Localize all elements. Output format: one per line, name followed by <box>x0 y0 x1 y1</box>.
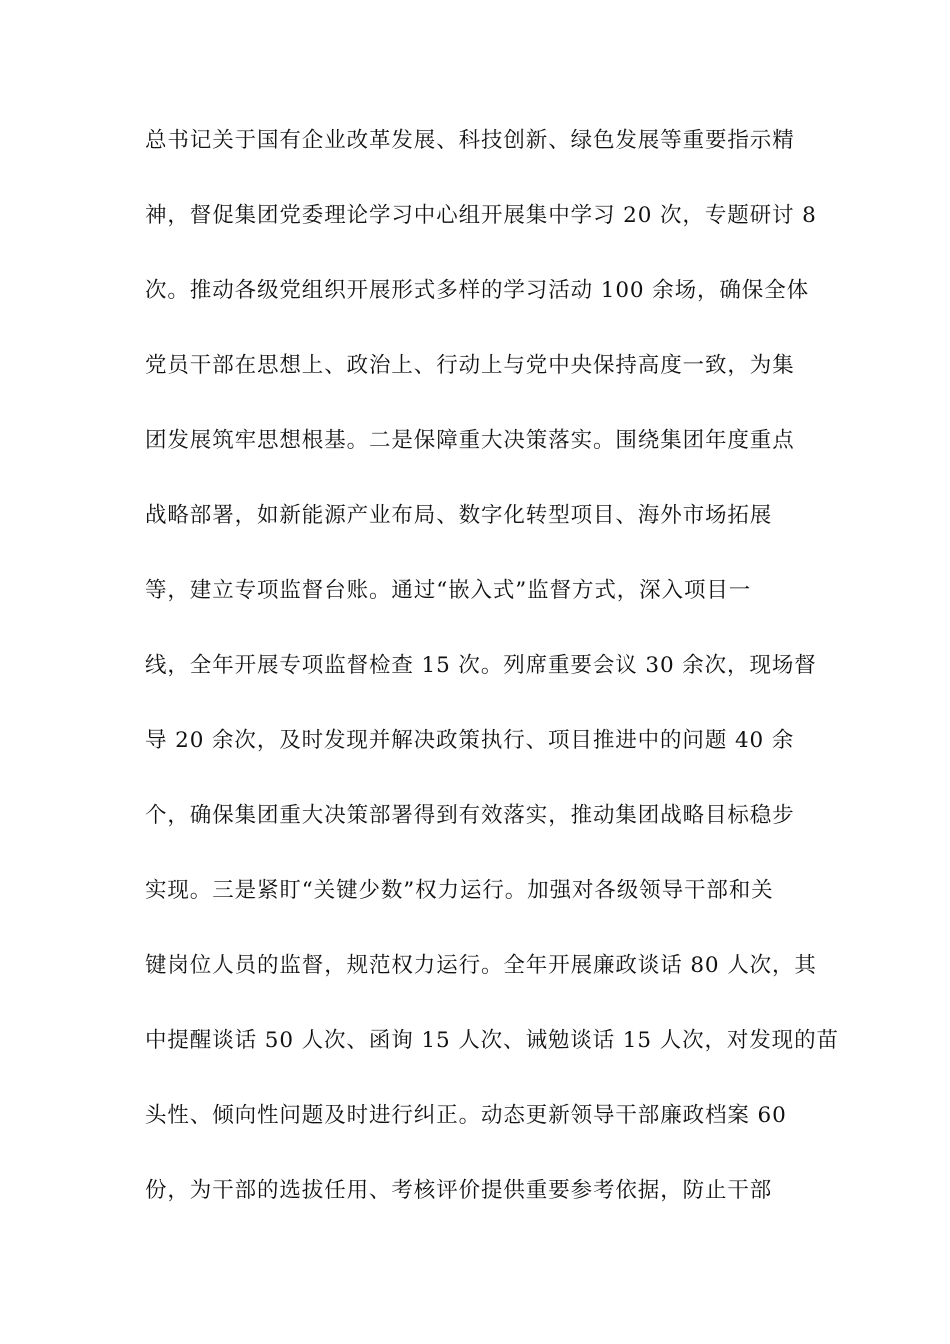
text-line: 战略部署，如新能源产业布局、数字化转型项目、海外市场拓展 <box>145 491 815 566</box>
body-paragraph: 总书记关于国有企业改革发展、科技创新、绿色发展等重要指示精 神，督促集团党委理论… <box>145 116 815 1241</box>
text-line: 导 20 余次，及时发现并解决政策执行、项目推进中的问题 40 余 <box>145 716 815 791</box>
text-line: 党员干部在思想上、政治上、行动上与党中央保持高度一致，为集 <box>145 341 815 416</box>
text-line: 个，确保集团重大决策部署得到有效落实，推动集团战略目标稳步 <box>145 791 815 866</box>
text-line: 等，建立专项监督台账。通过“嵌入式”监督方式，深入项目一 <box>145 566 815 641</box>
text-line: 键岗位人员的监督，规范权力运行。全年开展廉政谈话 80 人次，其 <box>145 941 815 1016</box>
text-line: 团发展筑牢思想根基。二是保障重大决策落实。围绕集团年度重点 <box>145 416 815 491</box>
text-line: 实现。三是紧盯“关键少数”权力运行。加强对各级领导干部和关 <box>145 866 815 941</box>
text-line: 头性、倾向性问题及时进行纠正。动态更新领导干部廉政档案 60 <box>145 1091 815 1166</box>
text-line: 中提醒谈话 50 人次、函询 15 人次、诫勉谈话 15 人次，对发现的苗 <box>145 1016 815 1091</box>
document-page: 总书记关于国有企业改革发展、科技创新、绿色发展等重要指示精 神，督促集团党委理论… <box>0 0 950 1344</box>
text-line: 线，全年开展专项监督检查 15 次。列席重要会议 30 余次，现场督 <box>145 641 815 716</box>
text-line: 神，督促集团党委理论学习中心组开展集中学习 20 次，专题研讨 8 <box>145 191 815 266</box>
text-line: 次。推动各级党组织开展形式多样的学习活动 100 余场，确保全体 <box>145 266 815 341</box>
text-line: 总书记关于国有企业改革发展、科技创新、绿色发展等重要指示精 <box>145 116 815 191</box>
text-line: 份，为干部的选拔任用、考核评价提供重要参考依据，防止干部 <box>145 1166 815 1241</box>
